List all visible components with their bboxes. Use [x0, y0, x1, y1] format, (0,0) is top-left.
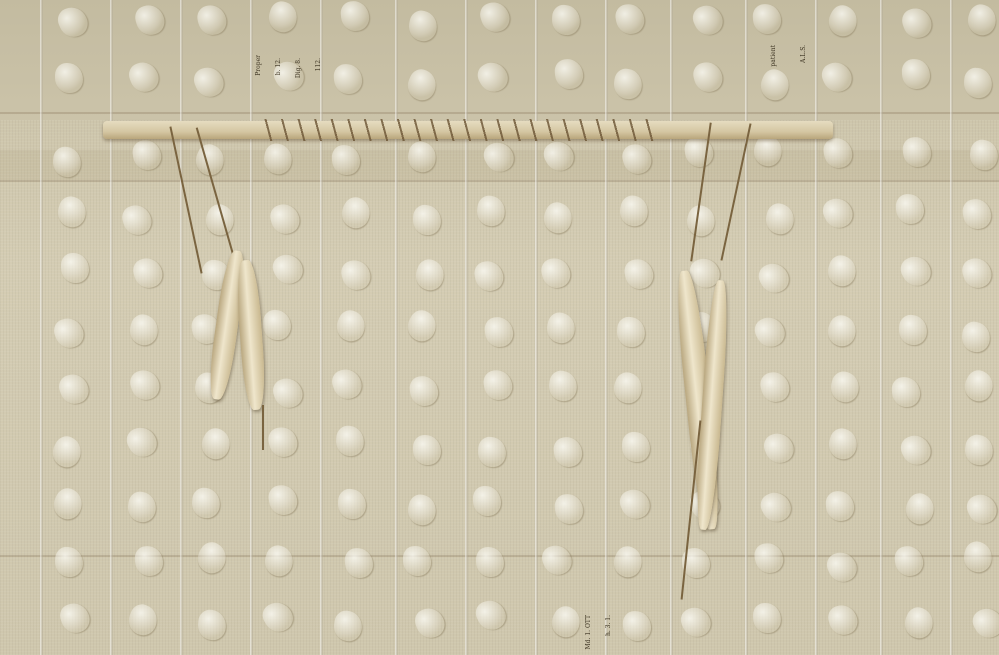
embossed-glyph: [483, 316, 514, 349]
embossed-glyph: [828, 369, 863, 405]
embossed-glyph: [55, 63, 83, 93]
vertical-rule: [180, 0, 183, 655]
embossed-glyph: [960, 366, 999, 405]
embossed-glyph: [677, 603, 715, 642]
embossed-glyph: [475, 194, 508, 228]
embossed-glyph: [54, 194, 90, 231]
embossed-glyph: [824, 548, 862, 587]
embossed-glyph: [616, 484, 654, 523]
embossed-glyph: [824, 312, 862, 351]
embossed-glyph: [120, 202, 155, 238]
embossed-glyph: [197, 424, 236, 464]
embossed-glyph: [894, 544, 925, 577]
vertical-rule: [880, 0, 883, 655]
embossed-glyph: [403, 306, 442, 346]
embossed-glyph: [263, 310, 292, 341]
handwritten-note: Proper: [255, 55, 262, 76]
embossed-glyph: [125, 601, 162, 639]
embossed-glyph: [261, 542, 297, 579]
left-tassel: [235, 259, 267, 410]
handwritten-note: patient: [770, 45, 777, 67]
embossed-glyph: [610, 369, 646, 407]
embossed-glyph: [825, 426, 861, 463]
embossed-glyph: [475, 547, 503, 577]
embossed-glyph: [539, 199, 576, 237]
embossed-glyph: [969, 603, 999, 643]
left-string: [169, 126, 202, 273]
vertical-rule: [535, 0, 538, 655]
embossed-glyph: [544, 310, 578, 346]
embossed-glyph: [683, 202, 719, 239]
embossed-glyph: [412, 256, 448, 294]
embossed-glyph: [331, 609, 364, 643]
embossed-glyph: [47, 432, 86, 472]
embossed-glyph: [900, 489, 938, 528]
embossed-glyph: [258, 597, 297, 637]
embossed-glyph: [412, 204, 441, 235]
vertical-rule: [815, 0, 818, 655]
embossed-glyph: [332, 307, 369, 346]
embossed-glyph: [897, 431, 935, 470]
embossed-glyph: [758, 370, 792, 405]
embossed-glyph: [338, 488, 367, 519]
embossed-glyph: [268, 201, 303, 238]
embossed-glyph: [897, 251, 936, 291]
embossed-glyph: [127, 312, 162, 348]
embossed-glyph: [134, 545, 164, 577]
embossed-glyph: [963, 433, 995, 467]
embossed-glyph: [824, 252, 860, 289]
embossed-glyph: [267, 483, 299, 517]
embossed-glyph: [337, 193, 375, 232]
embossed-glyph: [197, 609, 228, 641]
embossed-glyph: [408, 374, 439, 407]
vertical-rule: [110, 0, 113, 655]
embossed-glyph: [622, 432, 651, 463]
embossed-glyph: [57, 600, 93, 638]
ruled-line: [0, 180, 999, 182]
vertical-rule: [670, 0, 673, 655]
ruled-line: [0, 112, 999, 114]
embossed-glyph: [126, 490, 158, 524]
embossed-glyph: [191, 487, 222, 519]
handwritten-note: Md. 1. OTT: [585, 615, 592, 649]
embossed-glyph: [891, 376, 921, 408]
embossed-glyph: [622, 610, 652, 641]
embossed-glyph: [339, 257, 373, 293]
embossed-glyph: [412, 435, 440, 465]
embossed-glyph: [753, 603, 781, 633]
embossed-glyph: [554, 492, 585, 524]
handwritten-note: A.L.S.: [800, 45, 807, 63]
embossed-glyph: [405, 492, 439, 528]
embossed-glyph: [825, 490, 855, 522]
embossed-glyph: [960, 255, 995, 291]
handwritten-note: Dig. 8.: [295, 58, 302, 78]
embossed-glyph: [123, 422, 162, 461]
embossed-glyph: [756, 488, 795, 528]
cord-wrapping: [262, 119, 662, 141]
embossed-glyph: [962, 198, 994, 231]
embossed-glyph: [61, 253, 89, 283]
embossed-glyph: [754, 258, 793, 298]
embossed-glyph: [473, 258, 506, 293]
vertical-rule: [40, 0, 43, 655]
embossed-glyph: [335, 425, 366, 458]
embossed-glyph: [193, 538, 232, 578]
embossed-glyph: [960, 320, 992, 353]
embossed-glyph: [763, 201, 798, 237]
embossed-glyph: [471, 596, 509, 635]
embossed-glyph: [51, 314, 88, 352]
handwritten-note: h. 3. 1.: [605, 615, 612, 636]
embossed-glyph: [131, 254, 166, 291]
embossed-glyph: [329, 365, 365, 402]
vertical-rule: [605, 0, 608, 655]
embossed-glyph: [900, 604, 937, 642]
embossed-glyph: [54, 546, 84, 577]
embossed-glyph: [539, 256, 573, 292]
embossed-glyph: [825, 602, 860, 639]
embossed-glyph: [898, 315, 928, 346]
embossed-glyph: [547, 602, 586, 642]
embossed-glyph: [963, 490, 999, 529]
left-string-end: [262, 405, 264, 450]
vertical-rule: [320, 0, 323, 655]
embossed-glyph: [268, 249, 307, 289]
embossed-glyph: [477, 436, 507, 468]
embossed-glyph: [266, 424, 300, 460]
embossed-glyph: [553, 436, 584, 469]
handwritten-note: 112.: [315, 58, 322, 71]
embossed-glyph: [960, 539, 995, 575]
embossed-glyph: [609, 542, 647, 581]
photograph: Proper b. 12. Dig. 8. 112. patient A.L.S…: [0, 0, 999, 655]
embossed-glyph: [751, 313, 789, 352]
embossed-glyph: [411, 604, 448, 642]
embossed-glyph: [547, 369, 579, 402]
vertical-rule: [465, 0, 468, 655]
vertical-rule: [745, 0, 748, 655]
embossed-glyph: [56, 370, 92, 408]
embossed-glyph: [48, 485, 87, 525]
embossed-glyph: [753, 541, 786, 576]
embossed-glyph: [481, 368, 514, 402]
embossed-glyph: [343, 547, 373, 579]
embossed-glyph: [819, 194, 857, 233]
vertical-rule: [950, 0, 953, 655]
embossed-glyph: [539, 540, 576, 578]
embossed-glyph: [616, 316, 646, 348]
embossed-glyph: [402, 546, 431, 577]
embossed-glyph: [127, 366, 162, 403]
embossed-glyph: [473, 486, 501, 516]
embossed-glyph: [617, 193, 651, 228]
embossed-glyph: [269, 374, 306, 412]
vertical-rule: [395, 0, 398, 655]
embossed-glyph: [895, 193, 925, 224]
embossed-glyph: [623, 257, 656, 291]
handwritten-note: b. 12.: [275, 58, 282, 75]
embossed-glyph: [761, 429, 798, 467]
